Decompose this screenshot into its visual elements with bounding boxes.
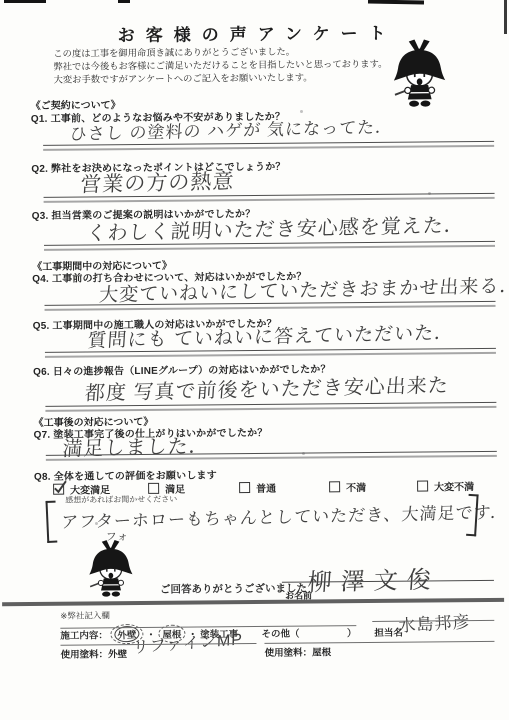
intro-line: 大変お手数ですがアンケートへのご記入をお願いいたします。 <box>53 71 398 87</box>
bracket-left <box>45 501 57 543</box>
samurai-mascot-icon <box>86 539 137 603</box>
comment-hint: 感想があればお聞かせください <box>65 494 177 506</box>
checkbox-unchecked <box>148 483 159 494</box>
paint-roof-label: 使用塗料：屋根 <box>264 644 331 659</box>
check-mark-icon <box>53 481 67 495</box>
paint-wall-label: 使用塗料：外壁 <box>60 646 127 661</box>
samurai-mascot-icon <box>389 38 450 115</box>
intro-text: この度は工事を御用命頂き誠にありがとうございました。 弊社では今後もお客様にご満… <box>53 45 398 87</box>
option-label: 普通 <box>256 480 276 495</box>
section-divider <box>2 598 504 606</box>
name-handwriting: 柳澤文俊 <box>307 559 441 597</box>
option-label: 不満 <box>346 479 366 494</box>
checkbox-unchecked <box>239 482 250 493</box>
scanned-survey-page: お客様の声アンケート この度は工事を御用命頂き誠にありがとうございました。 弊社… <box>0 0 509 720</box>
bracket-right <box>466 494 479 537</box>
rating-option-neutral: 普通 <box>239 480 276 495</box>
rating-option-very-dissatisfied: 大変不満 <box>417 478 474 493</box>
checkbox-unchecked <box>329 481 340 492</box>
office-use-note: ※弊社記入欄 <box>60 609 110 621</box>
rating-option-dissatisfied: 不満 <box>329 479 366 494</box>
option-label: 大変不満 <box>434 478 474 493</box>
work-other-label: その他（ ） <box>261 628 356 640</box>
checkbox-unchecked <box>417 480 428 491</box>
checkbox-checked <box>53 484 64 495</box>
answer-handwriting-q2: 営業の方の熱意 <box>79 165 235 199</box>
staff-name-handwriting: 水島邦彦 <box>398 607 471 636</box>
work-content-label: 施工内容： <box>60 630 108 641</box>
